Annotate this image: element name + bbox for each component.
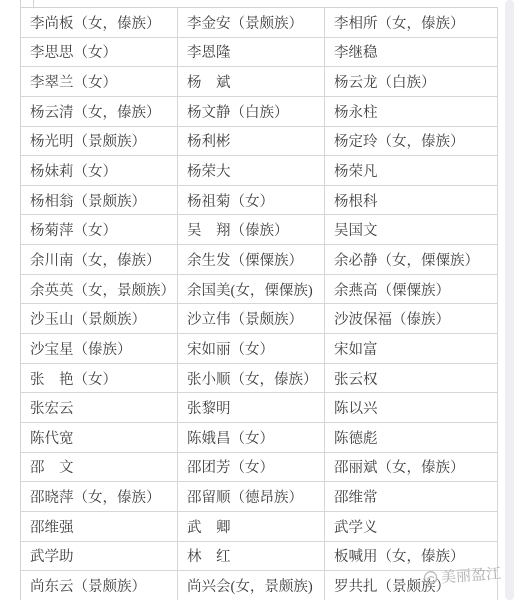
- table-cell: 邵团芳（女）: [178, 453, 325, 483]
- table-cell: 余英英（女，景颇族）: [21, 275, 178, 305]
- table-cell: 余必静（女，傈僳族）: [325, 245, 498, 275]
- table-cell: 邵晓萍（女，傣族）: [21, 482, 178, 512]
- table-cell: 杨祖菊（女）: [178, 186, 325, 216]
- table-cell: 吴国文: [325, 215, 498, 245]
- table-cell: 杨荣凡: [325, 156, 498, 186]
- table-cell: 沙玉山（景颇族）: [21, 304, 178, 334]
- table-cell: 李翠兰（女）: [21, 67, 178, 97]
- table-row: 杨相翁（景颇族）杨祖菊（女）杨根科: [21, 186, 498, 216]
- table-row: 余川南（女，傣族）余生发（傈僳族）余必静（女，傈僳族）: [21, 245, 498, 275]
- table-cell: 杨文静（白族）: [178, 97, 325, 127]
- table-border-fragment: [20, 0, 21, 7]
- table-row: 李翠兰（女）杨 斌杨云龙（白族）: [21, 67, 498, 97]
- table-cell: 沙波保福（傣族）: [325, 304, 498, 334]
- table-row: 邵维强武 卿武学义: [21, 512, 498, 542]
- table-cell: 邵丽斌（女，傣族）: [325, 453, 498, 483]
- table-cell: 杨相翁（景颇族）: [21, 186, 178, 216]
- table-cell: 张云权: [325, 364, 498, 394]
- brand-logo-icon: [423, 570, 439, 586]
- table-cell: 宋如富: [325, 334, 498, 364]
- table-cell: 邵留顺（德昂族）: [178, 482, 325, 512]
- table-row: 邵晓萍（女，傣族）邵留顺（德昂族）邵维常: [21, 482, 498, 512]
- table-cell: 杨利彬: [178, 127, 325, 157]
- table-row: 余英英（女，景颇族）余国美(女，傈僳族)余燕高（傈僳族）: [21, 275, 498, 305]
- table-row: 杨菊萍（女）吴 翔（傣族）吴国文: [21, 215, 498, 245]
- table-cell: 李思思（女）: [21, 38, 178, 68]
- table-cell: 邵维常: [325, 482, 498, 512]
- table-cell: 张黎明: [178, 393, 325, 423]
- table-cell: 杨云清（女，傣族）: [21, 97, 178, 127]
- table-cell: 杨 斌: [178, 67, 325, 97]
- table-cell: 武学义: [325, 512, 498, 542]
- table-row: 杨云清（女，傣族）杨文静（白族）杨永柱: [21, 97, 498, 127]
- table-cell: 陈代宽: [21, 423, 178, 453]
- table-cell: 尚兴会(女，景颇族): [178, 571, 325, 600]
- table-cell: 沙立伟（景颇族）: [178, 304, 325, 334]
- table-cell: 杨永柱: [325, 97, 498, 127]
- table-row: 李尚板（女，傣族）李金安（景颇族）李相所（女，傣族）: [21, 8, 498, 38]
- table-row: 沙宝星（傣族）宋如丽（女）宋如富: [21, 334, 498, 364]
- table-cell: 李恩隆: [178, 38, 325, 68]
- table-row: 陈代宽陈娥昌（女）陈德彪: [21, 423, 498, 453]
- table-cell: 余燕高（傈僳族）: [325, 275, 498, 305]
- scrollbar-track[interactable]: [505, 0, 514, 600]
- table-cell: 杨云龙（白族）: [325, 67, 498, 97]
- roster-table: 李尚板（女，傣族）李金安（景颇族）李相所（女，傣族）李思思（女）李恩隆李继稳李翠…: [20, 7, 498, 600]
- table-cell: 李尚板（女，傣族）: [21, 8, 178, 38]
- table-cell: 杨光明（景颇族）: [21, 127, 178, 157]
- table-cell: 张小顺（女，傣族）: [178, 364, 325, 394]
- table-row: 张宏云张黎明陈以兴: [21, 393, 498, 423]
- table-cell: 杨荣大: [178, 156, 325, 186]
- table-row: 邵 文邵团芳（女）邵丽斌（女，傣族）: [21, 453, 498, 483]
- table-row: 杨光明（景颇族）杨利彬杨定玲（女，傣族）: [21, 127, 498, 157]
- table-cell: 余川南（女，傣族）: [21, 245, 178, 275]
- table-cell: 尚东云（景颇族）: [21, 571, 178, 600]
- watermark-label: 美丽盈江: [440, 562, 501, 587]
- table-row: 杨妹莉（女）杨荣大杨荣凡: [21, 156, 498, 186]
- table-cell: 陈以兴: [325, 393, 498, 423]
- table-cell: 陈娥昌（女）: [178, 423, 325, 453]
- table-cell: 杨妹莉（女）: [21, 156, 178, 186]
- table-cell: 宋如丽（女）: [178, 334, 325, 364]
- table-cell: 沙宝星（傣族）: [21, 334, 178, 364]
- table-cell: 张 艳（女）: [21, 364, 178, 394]
- table-cell: 吴 翔（傣族）: [178, 215, 325, 245]
- table-cell: 武 卿: [178, 512, 325, 542]
- table-cell: 李继稳: [325, 38, 498, 68]
- table-cell: 杨定玲（女，傣族）: [325, 127, 498, 157]
- table-cell: 杨菊萍（女）: [21, 215, 178, 245]
- table-cell: 陈德彪: [325, 423, 498, 453]
- table-border-fragment: [33, 0, 34, 7]
- table-cell: 武学助: [21, 542, 178, 572]
- table-row: 张 艳（女）张小顺（女，傣族）张云权: [21, 364, 498, 394]
- table-cell: 余生发（傈僳族）: [178, 245, 325, 275]
- table-cell: 邵维强: [21, 512, 178, 542]
- table-cell: 林 红: [178, 542, 325, 572]
- table-row: 李思思（女）李恩隆李继稳: [21, 38, 498, 68]
- table-row: 沙玉山（景颇族）沙立伟（景颇族）沙波保福（傣族）: [21, 304, 498, 334]
- table-cell: 李相所（女，傣族）: [325, 8, 498, 38]
- table-cell: 邵 文: [21, 453, 178, 483]
- table-cell: 李金安（景颇族）: [178, 8, 325, 38]
- table-cell: 张宏云: [21, 393, 178, 423]
- table-cell: 杨根科: [325, 186, 498, 216]
- table-cell: 余国美(女，傈僳族): [178, 275, 325, 305]
